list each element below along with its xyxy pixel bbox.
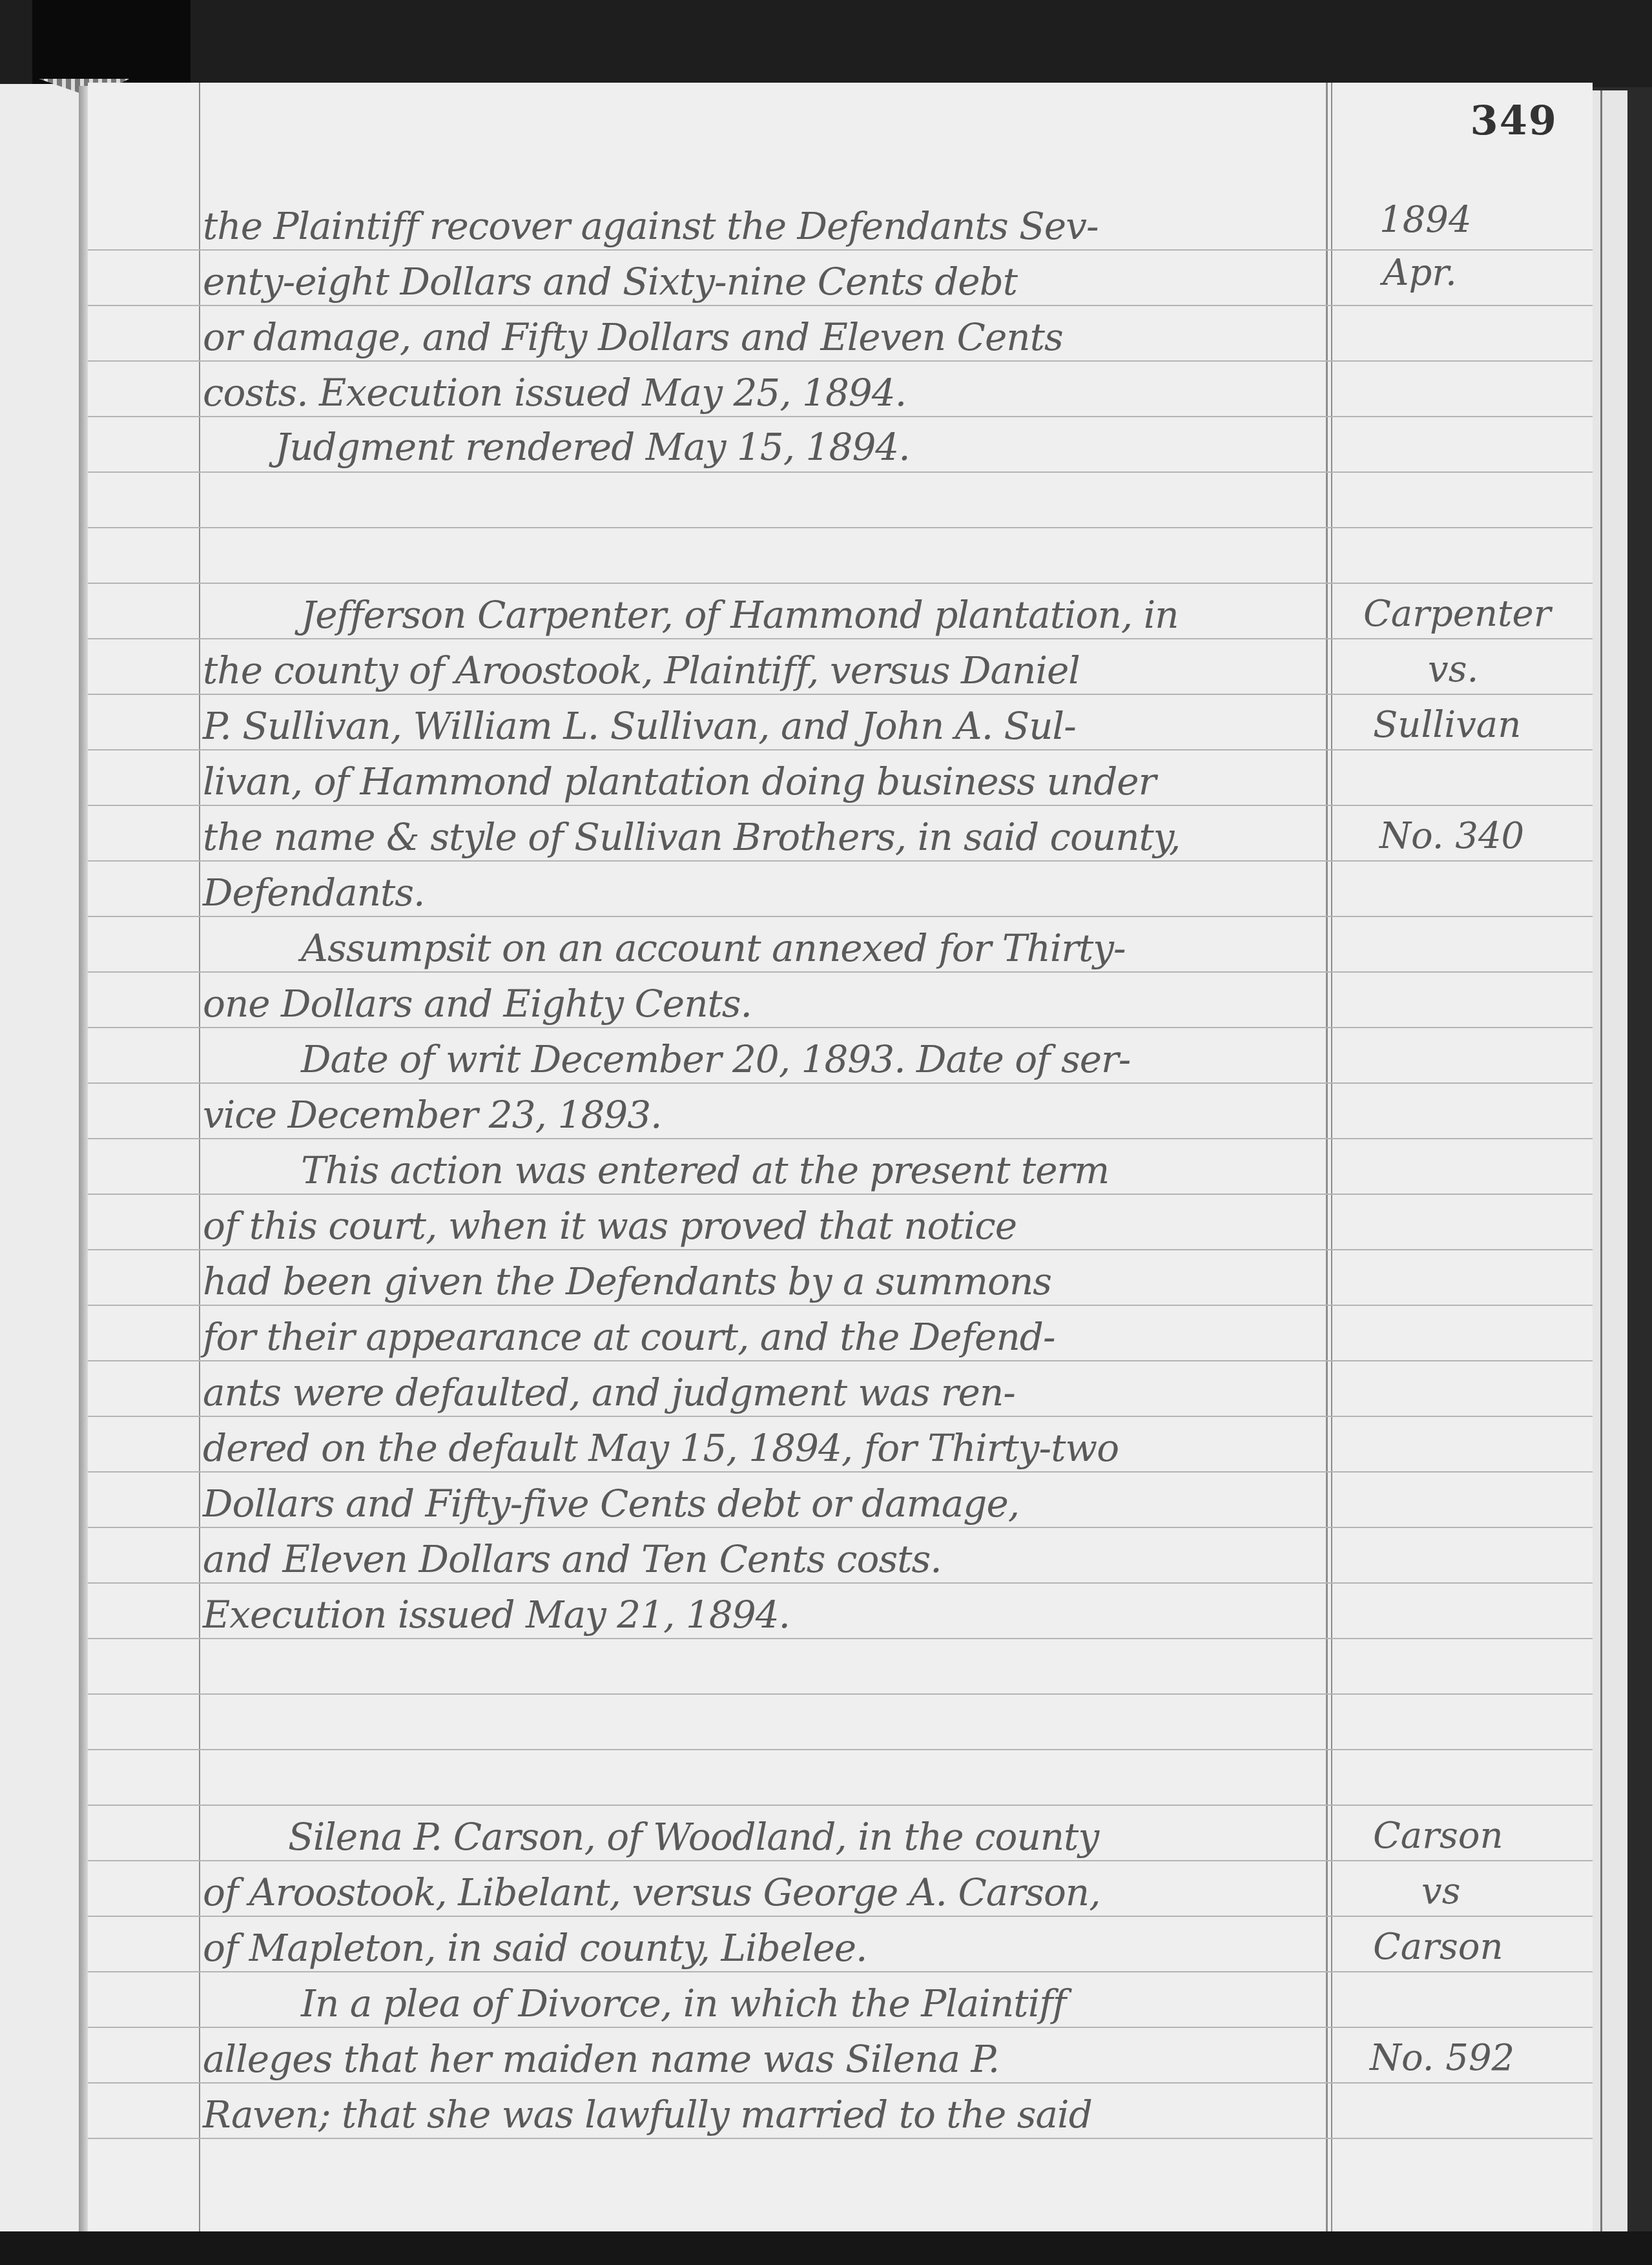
ruled-line (88, 805, 1593, 806)
margin-plaintiff: Carpenter (1363, 593, 1551, 635)
ruled-line (88, 1527, 1593, 1528)
ruled-line (88, 1916, 1593, 1917)
body-line: In a plea of Divorce, in which the Plain… (301, 1981, 1066, 2025)
body-line: of Aroostook, Libelant, versus George A.… (203, 1870, 1100, 1914)
column-divider-rule (1326, 83, 1328, 2233)
body-line: of this court, when it was proved that n… (203, 1204, 1017, 1248)
ruled-line (88, 2027, 1593, 2028)
ruled-line (88, 1638, 1593, 1639)
column-divider-rule-2 (1331, 83, 1332, 2233)
margin-defendant: Sullivan (1373, 704, 1521, 746)
ruled-line (88, 1360, 1593, 1361)
ruled-line (88, 638, 1593, 639)
body-line: alleges that her maiden name was Silena … (203, 2037, 999, 2081)
ruled-line (88, 860, 1593, 862)
body-line: the name & style of Sullivan Brothers, i… (203, 815, 1180, 859)
body-line: P. Sullivan, William L. Sullivan, and Jo… (203, 704, 1076, 748)
margin-plaintiff: Carson (1373, 1815, 1503, 1857)
ruled-line (88, 1749, 1593, 1750)
ruled-line (88, 694, 1593, 695)
body-line: Execution issued May 21, 1894. (203, 1593, 790, 1637)
body-line: the county of Aroostook, Plaintiff, vers… (203, 648, 1080, 692)
ruled-line (88, 1416, 1593, 1417)
ruled-line (88, 1805, 1593, 1806)
background-bottom (0, 2231, 1652, 2265)
body-line: enty-eight Dollars and Sixty-nine Cents … (203, 260, 1017, 304)
margin-month: Apr. (1383, 252, 1457, 294)
ruled-line (88, 2138, 1593, 2139)
ruled-line (88, 1138, 1593, 1139)
ruled-line (88, 916, 1593, 917)
ledger-page: 349 the Plaintiff recover against the De… (88, 83, 1593, 2233)
margin-year: 1894 (1379, 199, 1472, 241)
ruled-line (88, 1971, 1593, 1972)
body-line: vice December 23, 1893. (203, 1093, 662, 1137)
body-line: and Eleven Dollars and Ten Cents costs. (203, 1537, 942, 1581)
ruled-line (88, 1082, 1593, 1084)
margin-versus: vs (1421, 1870, 1460, 1912)
body-line: Defendants. (203, 871, 425, 915)
body-line: the Plaintiff recover against the Defend… (203, 204, 1099, 248)
body-line: Dollars and Fifty-five Cents debt or dam… (203, 1482, 1019, 1526)
book-cover-shadow (32, 0, 191, 84)
ruled-line (88, 2082, 1593, 2084)
ruled-line (88, 1582, 1593, 1584)
ruled-line (88, 1860, 1593, 1861)
ruled-line (88, 1471, 1593, 1473)
body-line: This action was entered at the present t… (301, 1148, 1109, 1192)
margin-versus: vs. (1428, 648, 1478, 690)
ruled-line (88, 249, 1593, 251)
body-line: Assumpsit on an account annexed for Thir… (301, 926, 1126, 970)
ruled-line (88, 527, 1593, 528)
ruled-line (88, 1693, 1593, 1695)
left-margin-rule (199, 83, 200, 2233)
margin-defendant: Carson (1373, 1926, 1503, 1968)
ruled-line (88, 1194, 1593, 1195)
ruled-line (88, 971, 1593, 973)
body-line: Date of writ December 20, 1893. Date of … (301, 1037, 1130, 1081)
body-line: livan, of Hammond plantation doing busin… (203, 760, 1155, 803)
ruled-line (88, 1027, 1593, 1028)
ruled-line (88, 583, 1593, 584)
book-gutter (79, 86, 88, 2231)
margin-case-number: No. 340 (1379, 815, 1524, 857)
background-top (0, 0, 1652, 87)
body-line: or damage, and Fifty Dollars and Eleven … (203, 315, 1063, 359)
body-line: one Dollars and Eighty Cents. (203, 982, 752, 1026)
page-number: 349 (1471, 97, 1558, 144)
ruled-line (88, 749, 1593, 750)
facing-page-edge (0, 84, 80, 2231)
body-line: had been given the Defendants by a summo… (203, 1259, 1051, 1303)
body-line: Raven; that she was lawfully married to … (203, 2093, 1092, 2136)
ruled-line (88, 1249, 1593, 1250)
ruled-line (88, 416, 1593, 417)
body-line: ants were defaulted, and judgment was re… (203, 1370, 1015, 1414)
body-line: Jefferson Carpenter, of Hammond plantati… (301, 593, 1179, 637)
body-line: dered on the default May 15, 1894, for T… (203, 1426, 1119, 1470)
ruled-line (88, 1305, 1593, 1306)
body-line: for their appearance at court, and the D… (203, 1315, 1055, 1359)
body-line: costs. Execution issued May 25, 1894. (203, 371, 906, 415)
body-line: Judgment rendered May 15, 1894. (275, 425, 910, 469)
ruled-line (88, 305, 1593, 306)
body-line: of Mapleton, in said county, Libelee. (203, 1926, 867, 1970)
body-line: Silena P. Carson, of Woodland, in the co… (288, 1815, 1099, 1859)
page-edges-stack-inner (1600, 90, 1622, 2235)
ruled-line (88, 471, 1593, 473)
margin-case-number: No. 592 (1370, 2037, 1514, 2079)
ruled-line (88, 360, 1593, 362)
